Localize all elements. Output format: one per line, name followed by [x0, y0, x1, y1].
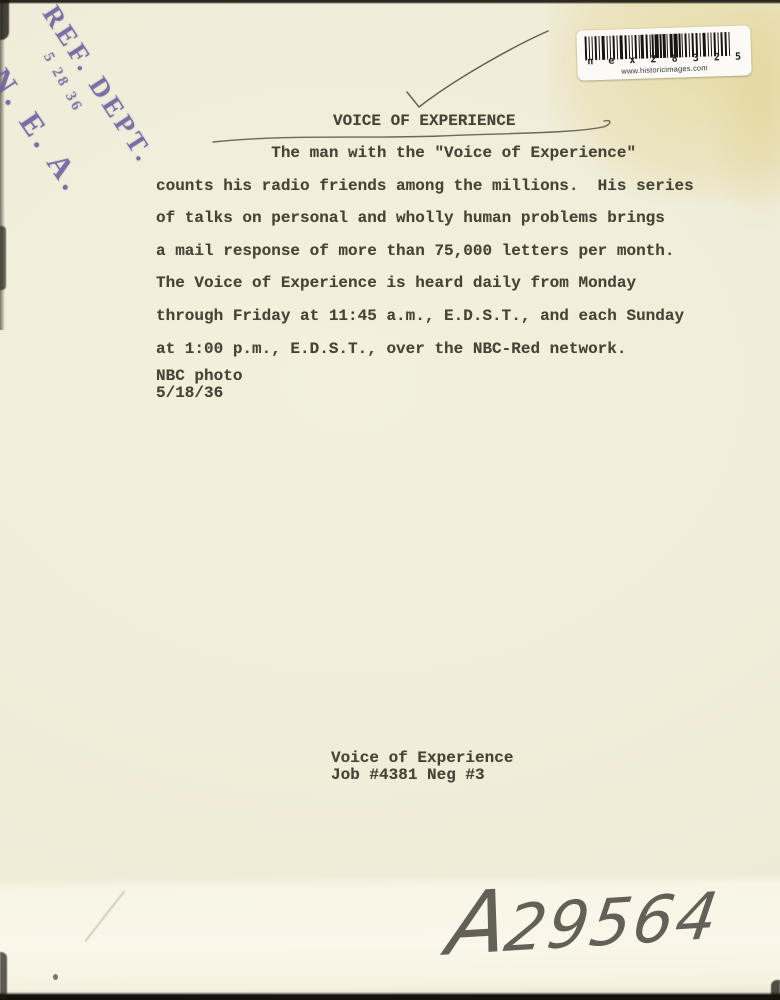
- photo-edge-top: [0, 0, 780, 4]
- paper-speck: [53, 974, 58, 980]
- archive-number-digits: 29564: [500, 879, 724, 967]
- photo-back-scan: REF. DEPT. 5 28 36 N. E. A. nex28325 www…: [0, 0, 780, 1000]
- photo-edge-left-mark: [0, 226, 6, 290]
- barcode-sticker: nex28325 www.historicimages.com: [576, 25, 751, 80]
- typed-title: VOICE OF EXPERIENCE: [333, 113, 515, 130]
- typed-job-footer: Voice of ExperienceJob #4381 Neg #3: [331, 750, 513, 784]
- photo-corner-bottomleft: [0, 952, 7, 1000]
- photo-corner-bottomright: [771, 980, 780, 1000]
- handwritten-archive-number: A29564: [441, 865, 726, 977]
- typed-photo-credit: NBC photo5/18/36: [156, 368, 242, 402]
- typed-caption-body: The man with the "Voice of Experience"co…: [156, 137, 694, 365]
- pen-checkmark: [407, 31, 548, 107]
- photo-corner-topleft: [0, 0, 9, 40]
- photo-edge-bottom: [0, 992, 780, 1000]
